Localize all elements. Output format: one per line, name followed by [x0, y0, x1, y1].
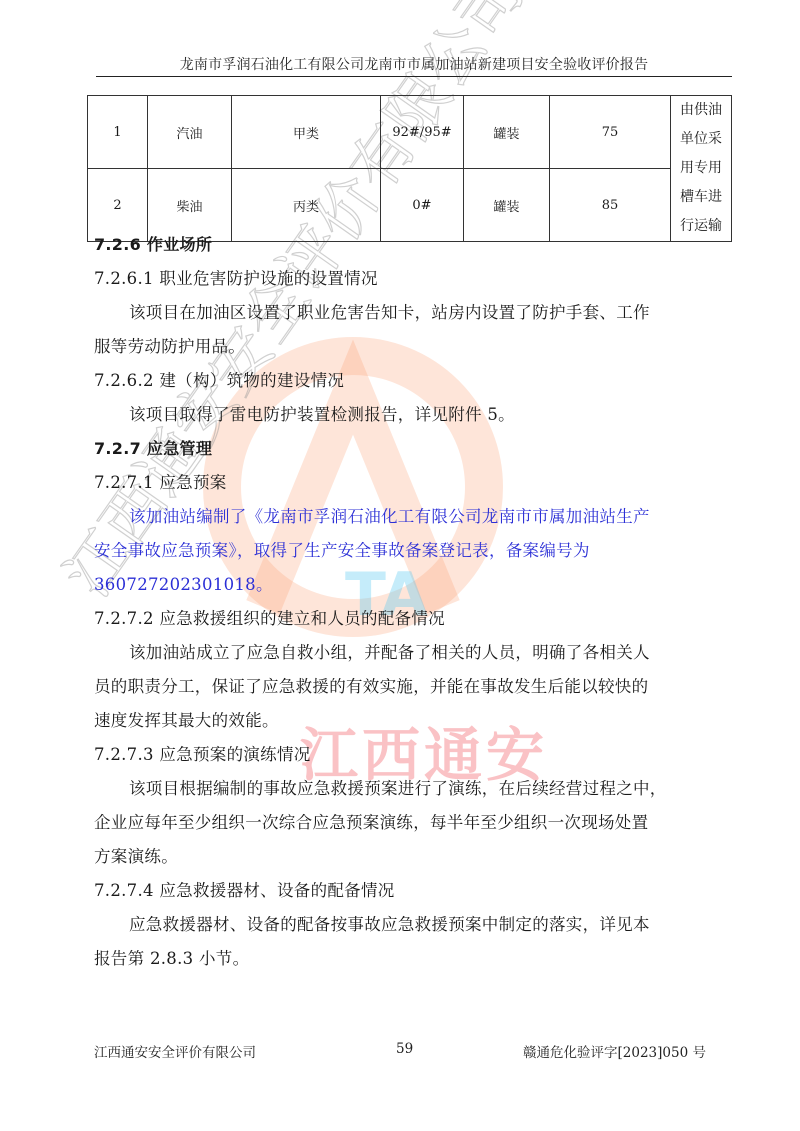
paragraph: 应急救援器材、设备的配备按事故应急救援预案中制定的落实，详见本: [94, 908, 734, 942]
header-divider: [96, 76, 732, 77]
paragraph-highlighted: 安全事故应急预案》，取得了生产安全事故备案登记表，备案编号为: [94, 534, 734, 568]
cell-grade: 92#/95#: [381, 96, 464, 169]
paragraph-highlighted: 360727202301018。: [94, 568, 734, 602]
paragraph: 方案演练。: [94, 840, 734, 874]
document-body: 7.2.6 作业场所 7.2.6.1 职业危害防护设施的设置情况 该项目在加油区…: [94, 228, 734, 976]
cell-class: 甲类: [232, 96, 381, 169]
paragraph: 该项目取得了雷电防护装置检测报告，详见附件 5。: [94, 398, 734, 432]
subsection-heading-7-2-7-2: 7.2.7.2 应急救援组织的建立和人员的配备情况: [94, 602, 734, 636]
paragraph: 报告第 2.8.3 小节。: [94, 942, 734, 976]
paragraph: 该加油站成立了应急自救小组，并配备了相关的人员，明确了各相关人: [94, 636, 734, 670]
fuel-storage-table: 1 汽油 甲类 92#/95# 罐装 75 由供油单位采用专用槽车进行运输 2 …: [87, 95, 732, 242]
subsection-heading-7-2-6-2: 7.2.6.2 建（构）筑物的建设情况: [94, 364, 734, 398]
paragraph: 员的职责分工，保证了应急救援的有效实施，并能在事故发生后能以较快的: [94, 670, 734, 704]
cell-packing: 罐装: [464, 96, 550, 169]
section-heading-7-2-7: 7.2.7 应急管理: [94, 432, 734, 466]
paragraph-highlighted: 该加油站编制了《龙南市孚润石油化工有限公司龙南市市属加油站生产: [94, 500, 734, 534]
section-heading-7-2-6: 7.2.6 作业场所: [94, 228, 734, 262]
paragraph: 该项目根据编制的事故应急救援预案进行了演练，在后续经营过程之中，: [94, 772, 734, 806]
subsection-heading-7-2-7-3: 7.2.7.3 应急预案的演练情况: [94, 738, 734, 772]
paragraph: 速度发挥其最大的效能。: [94, 704, 734, 738]
page-header-title: 龙南市孚润石油化工有限公司龙南市市属加油站新建项目安全验收评价报告: [96, 54, 732, 74]
cell-name: 汽油: [148, 96, 232, 169]
paragraph: 服等劳动防护用品。: [94, 330, 734, 364]
cell-volume: 75: [550, 96, 671, 169]
cell-no: 1: [88, 96, 148, 169]
paragraph: 企业应每年至少组织一次综合应急预案演练，每半年至少组织一次现场处置: [94, 806, 734, 840]
paragraph: 该项目在加油区设置了职业危害告知卡，站房内设置了防护手套、工作: [94, 296, 734, 330]
subsection-heading-7-2-7-4: 7.2.7.4 应急救援器材、设备的配备情况: [94, 874, 734, 908]
table-row: 1 汽油 甲类 92#/95# 罐装 75 由供油单位采用专用槽车进行运输: [88, 96, 732, 169]
subsection-heading-7-2-7-1: 7.2.7.1 应急预案: [94, 466, 734, 500]
subsection-heading-7-2-6-1: 7.2.6.1 职业危害防护设施的设置情况: [94, 262, 734, 296]
footer-company: 江西通安安全评价有限公司: [94, 1041, 256, 1061]
page-number: 59: [396, 1041, 413, 1057]
cell-transport-note: 由供油单位采用专用槽车进行运输: [671, 96, 732, 242]
footer-doc-code: 赣通危化验评字[2023]050 号: [523, 1041, 706, 1061]
